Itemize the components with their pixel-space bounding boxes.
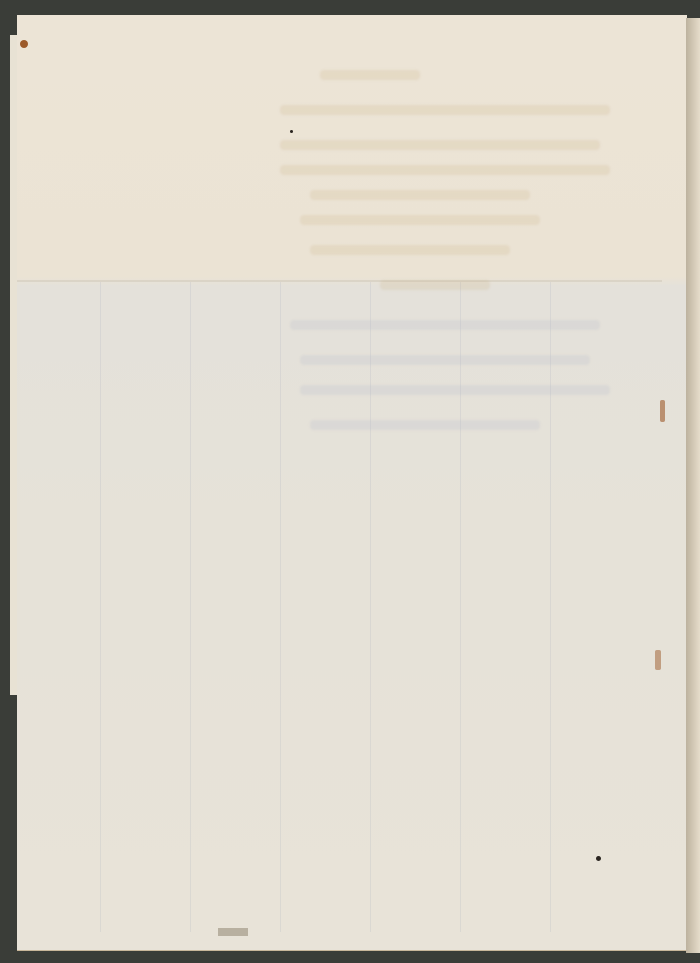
ruling-line <box>280 282 281 932</box>
ruling-line <box>550 282 551 932</box>
bleed-through-text <box>310 245 510 255</box>
bleed-through-text <box>300 385 610 395</box>
bleed-through-text <box>280 140 600 150</box>
foxing-stain <box>655 650 661 670</box>
bleed-through-text <box>280 165 610 175</box>
bleed-through-text <box>310 190 530 200</box>
bleed-through-text <box>300 215 540 225</box>
bleed-through-text <box>320 70 420 80</box>
foxing-stain <box>20 40 28 48</box>
adjacent-page-edge <box>686 18 700 953</box>
ruling-line <box>190 282 191 932</box>
ink-dot <box>596 856 601 861</box>
bleed-through-text <box>280 105 610 115</box>
foxing-stain <box>660 400 665 422</box>
ruling-line <box>100 282 101 932</box>
ruling-line <box>370 282 371 932</box>
paper-fold-line <box>17 280 662 282</box>
bleed-through-text <box>310 420 540 430</box>
bleed-through-text <box>290 320 600 330</box>
ruling-line <box>460 282 461 932</box>
ink-dot <box>290 130 293 133</box>
bleed-through-text <box>380 280 490 290</box>
manuscript-page <box>17 15 687 951</box>
paper-tear <box>218 928 248 936</box>
bleed-through-text <box>300 355 590 365</box>
